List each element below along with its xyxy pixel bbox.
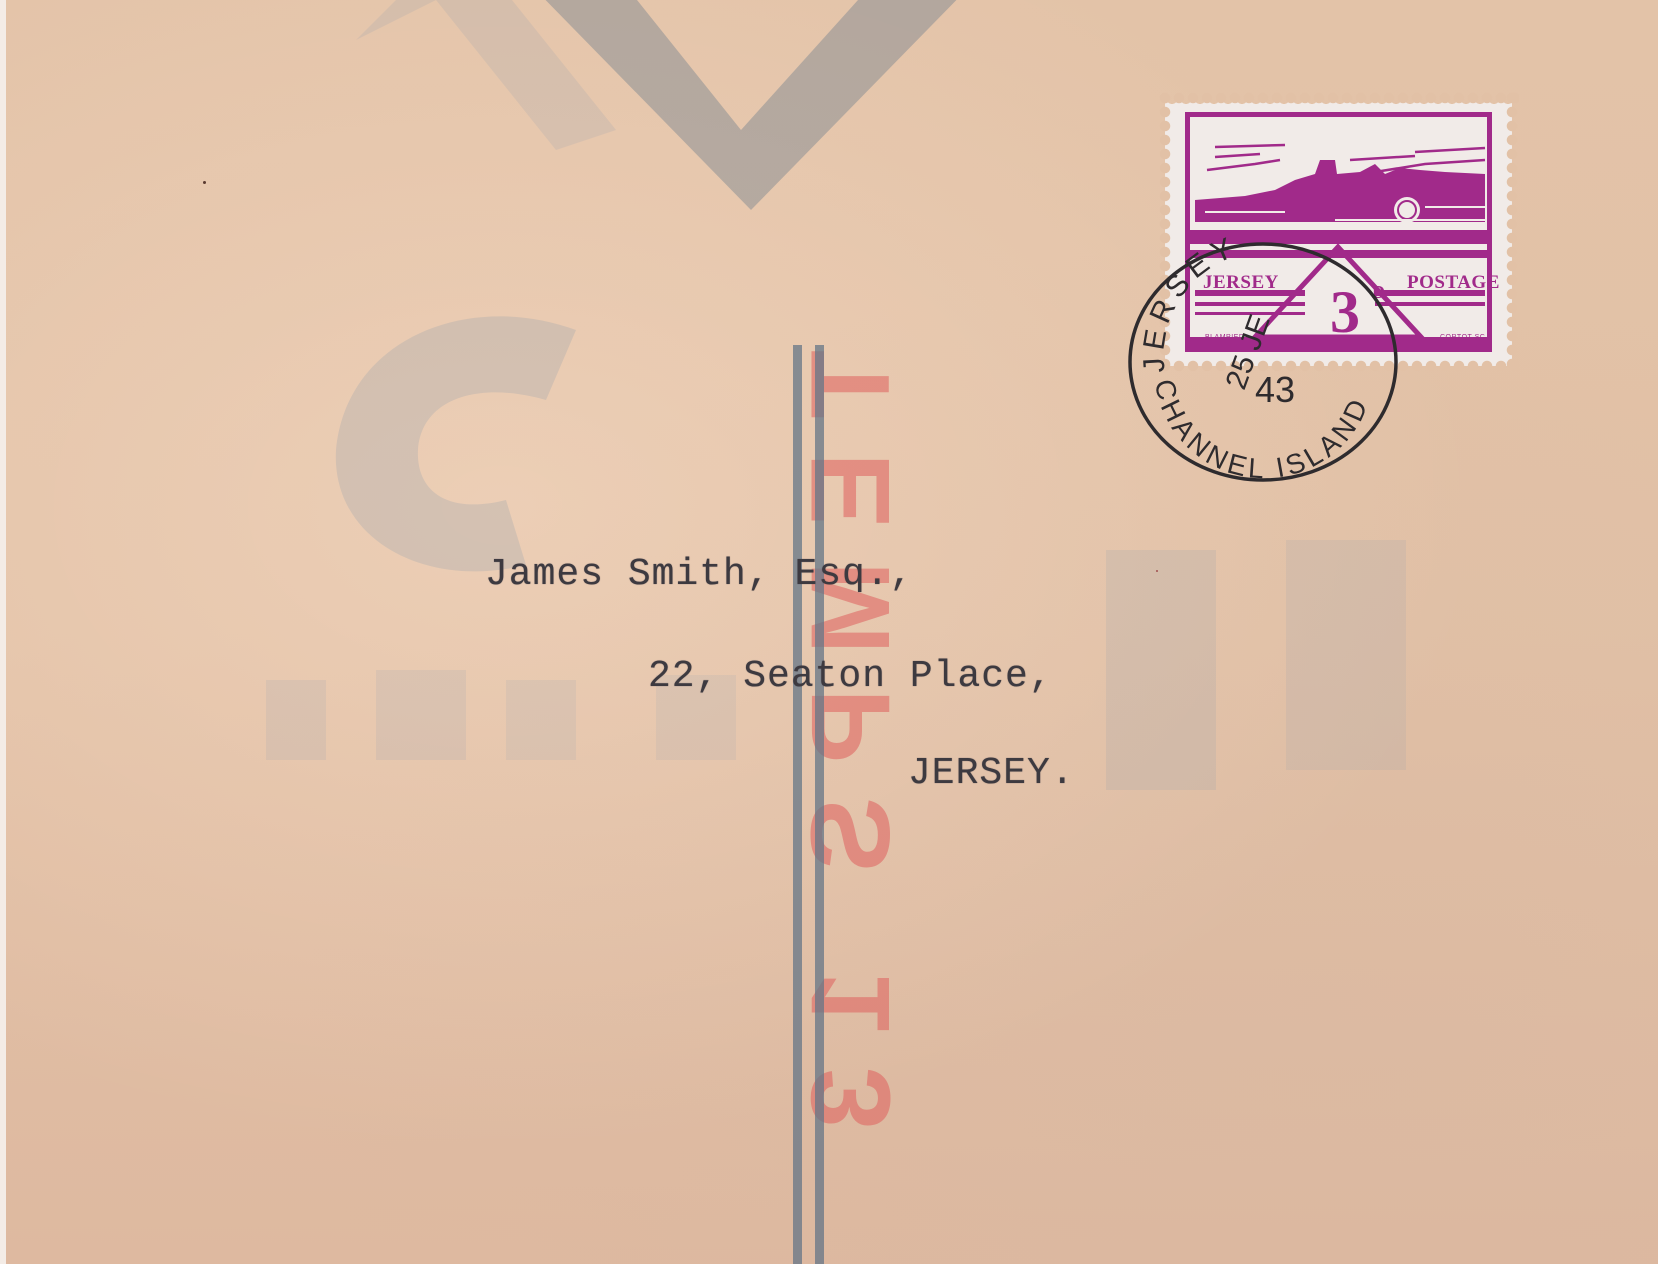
address-line-street: 22, Seaton Place,: [648, 655, 1053, 698]
svg-text:JERSEY: JERSEY: [1137, 230, 1243, 374]
postmark-cancellation-icon: JERSEY CHANNEL ISLANDS 25 JE 43: [1125, 222, 1405, 492]
paper-speck: [203, 181, 206, 184]
show-through-chevron: [356, 0, 1036, 230]
paper-speck: [1156, 570, 1158, 572]
blue-vertical-line: [815, 345, 824, 1264]
stamp-postage-label: POSTAGE: [1407, 272, 1500, 294]
postmark-date-year: 43: [1255, 369, 1295, 410]
show-through-block: [1106, 540, 1486, 800]
blue-vertical-line: [793, 345, 802, 1264]
red-print-text: TEMPS 13: [786, 350, 915, 1164]
address-line-island: JERSEY.: [908, 752, 1075, 795]
address-line-name: James Smith, Esq.,: [485, 553, 913, 596]
stamp-engraver: CORTOT SC: [1440, 334, 1485, 341]
postmark-top-text: JERSEY: [1137, 230, 1243, 374]
